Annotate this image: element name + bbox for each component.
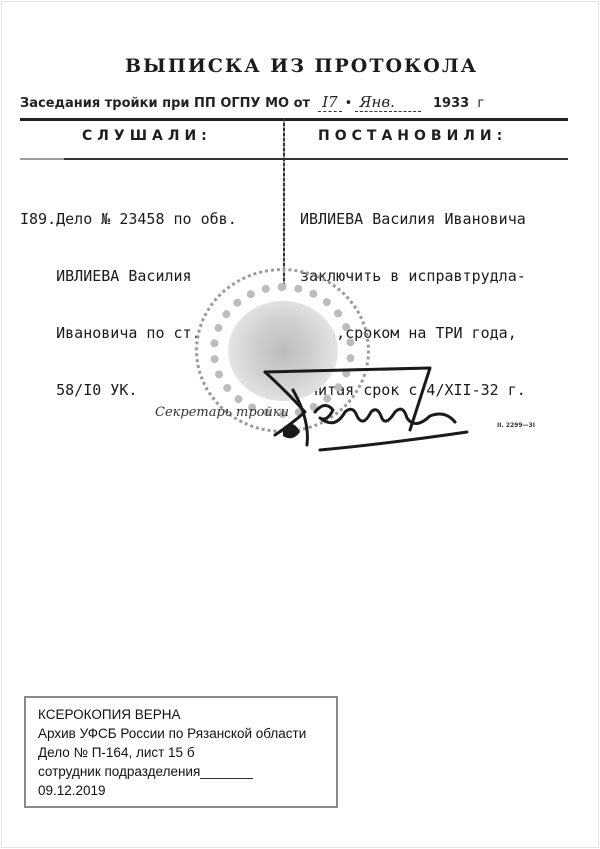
column-divider	[283, 118, 285, 288]
session-year-suffix: г	[477, 96, 484, 111]
resolved-line: ИВЛИЕВА Василия Ивановича	[300, 210, 526, 229]
document-title: ВЫПИСКА ИЗ ПРОТОКОЛА	[125, 55, 455, 77]
session-label: Заседания тройки при ПП ОГПУ МО от	[20, 96, 310, 111]
session-month: Янв.	[355, 93, 421, 112]
resolved-column-header: ПОСТАНОВИЛИ:	[318, 128, 507, 144]
header-rule	[20, 118, 568, 121]
session-date-separator: •	[345, 96, 353, 111]
certification-date: 09.12.2019	[38, 781, 336, 800]
certification-case: Дело № П-164, лист 15 б	[38, 743, 336, 762]
heard-line: I89.Дело № 23458 по обв.	[20, 210, 237, 229]
heard-column-header: СЛУШАЛИ:	[82, 128, 212, 144]
heard-line: ИВЛИЕВА Василия	[20, 267, 237, 286]
certification-archive: Архив УФСБ России по Рязанской области	[38, 724, 336, 743]
session-line: Заседания тройки при ПП ОГПУ МО от I7•Ян…	[20, 93, 484, 111]
print-code: II. 2299—3I	[497, 422, 535, 429]
session-year: 1933	[433, 96, 469, 111]
certification-title: КСЕРОКОПИЯ ВЕРНА	[38, 705, 336, 724]
session-day: I7	[318, 93, 341, 112]
certification-stamp-box: КСЕРОКОПИЯ ВЕРНА Архив УФСБ России по Ря…	[24, 696, 338, 808]
certification-employee: сотрудник подразделения_______	[38, 762, 336, 781]
secretary-label: Секретарь тройки	[155, 405, 289, 420]
column-header-rule	[20, 158, 568, 160]
